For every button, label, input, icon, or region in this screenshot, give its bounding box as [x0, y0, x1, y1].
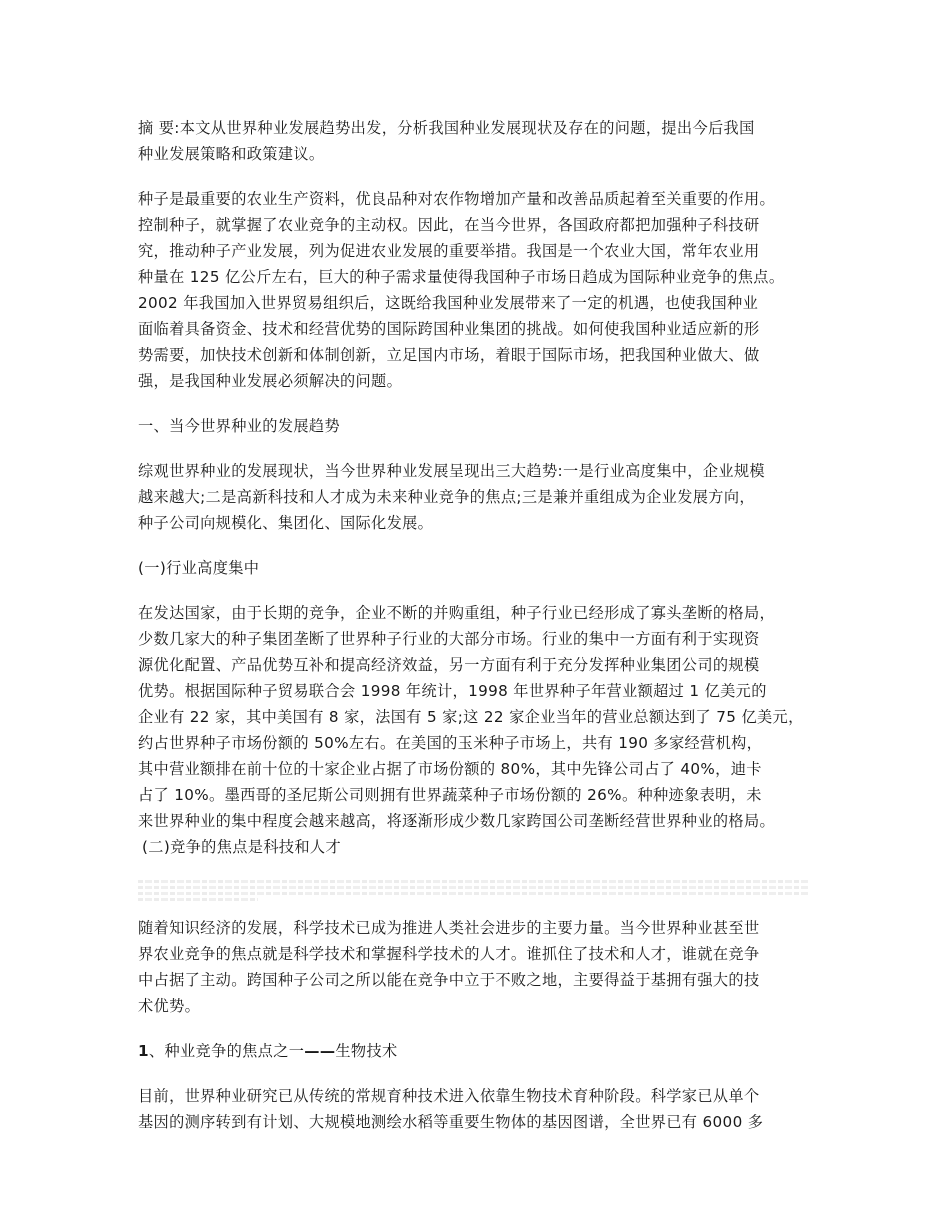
- section-heading-world-trends: 一、当今世界种业的发展趋势: [138, 413, 818, 439]
- point-heading-tail: 生物技术: [335, 1042, 397, 1060]
- watermark-line: [138, 886, 810, 889]
- section1-paragraph: 综观世界种业的发展现状，当今世界种业发展呈现出三大趋势:一是行业高度集中，企业规…: [138, 458, 818, 536]
- text-line: 强，是我国种业发展必须解决的问题。: [138, 368, 818, 394]
- text-line: 优势。根据国际种子贸易联合会 1998 年统计，1998 年世界种子年营业额超过…: [138, 678, 818, 704]
- watermark-line: [138, 880, 810, 883]
- text-line: 越来越大;二是高新科技和人才成为未来种业竞争的焦点;三是兼并重组成为企业发展方向…: [138, 484, 818, 510]
- point-heading-text: 、种业竞争的焦点之一: [149, 1042, 304, 1060]
- text-line: 在发达国家，由于长期的竞争，企业不断的并购重组，种子行业已经形成了寡头垄断的格局…: [138, 600, 818, 626]
- text-line: 摘 要:本文从世界种业发展趋势出发，分析我国种业发展现状及存在的问题，提出今后我…: [138, 115, 818, 141]
- text-line: 源优化配置、产品优势互补和提高经济效益，另一方面有利于充分发挥种业集团公司的规模: [138, 652, 818, 678]
- point-heading-biotech: 1、种业竞争的焦点之一——生物技术: [138, 1038, 818, 1064]
- subsection1-paragraph: 在发达国家，由于长期的竞争，企业不断的并购重组，种子行业已经形成了寡头垄断的格局…: [138, 600, 818, 834]
- text-line: 术优势。: [138, 993, 818, 1019]
- subsection-heading-tech-talent: (二)竞争的焦点是科技和人才: [138, 834, 818, 860]
- intro-paragraph: 种子是最重要的农业生产资料，优良品种对农作物增加产量和改善品质起着至关重要的作用…: [138, 186, 818, 394]
- point-heading-dash: ——: [304, 1042, 335, 1060]
- faint-watermark-text: [138, 880, 810, 901]
- text-line: 占了 10%。墨西哥的圣尼斯公司则拥有世界蔬菜种子市场份额的 26%。种种迹象表…: [138, 782, 818, 808]
- text-line: 究，推动种子产业发展，列为促进农业发展的重要举措。我国是一个农业大国，常年农业用: [138, 238, 818, 264]
- text-line: 控制种子，就掌握了农业竞争的主动权。因此，在当今世界，各国政府都把加强种子科技研: [138, 212, 818, 238]
- text-line: 2002 年我国加入世界贸易组织后，这既给我国种业发展带来了一定的机遇，也使我国…: [138, 290, 818, 316]
- document-page: 摘 要:本文从世界种业发展趋势出发，分析我国种业发展现状及存在的问题，提出今后我…: [138, 115, 818, 1154]
- text-line: 种子公司向规模化、集团化、国际化发展。: [138, 510, 818, 536]
- subsection-heading-concentration: (一)行业高度集中: [138, 555, 818, 581]
- text-line: 界农业竞争的焦点就是科学技术和掌握科学技术的人才。谁抓住了技术和人才，谁就在竞争: [138, 941, 818, 967]
- text-line: 目前，世界种业研究已从传统的常规育种技术进入依靠生物技术育种阶段。科学家已从单个: [138, 1083, 818, 1109]
- text-line: 种子是最重要的农业生产资料，优良品种对农作物增加产量和改善品质起着至关重要的作用…: [138, 186, 818, 212]
- text-line: 随着知识经济的发展，科学技术已成为推进人类社会进步的主要力量。当今世界种业甚至世: [138, 915, 818, 941]
- text-line: 基因的测序转到有计划、大规模地测绘水稻等重要生物体的基因图谱，全世界已有 600…: [138, 1109, 818, 1135]
- text-line: 少数几家大的种子集团垄断了世界种子行业的大部分市场。行业的集中一方面有利于实现资: [138, 626, 818, 652]
- text-line: 面临着具备资金、技术和经营优势的国际跨国种业集团的挑战。如何使我国种业适应新的形: [138, 316, 818, 342]
- text-line: 种量在 125 亿公斤左右，巨大的种子需求量使得我国种子市场日趋成为国际种业竞争…: [138, 264, 818, 290]
- watermark-line: [138, 892, 810, 895]
- text-line: 企业有 22 家，其中美国有 8 家，法国有 5 家;这 22 家企业当年的营业…: [138, 704, 818, 730]
- point-number: 1: [138, 1042, 149, 1060]
- text-line: 势需要，加快技术创新和体制创新，立足国内市场，着眼于国际市场，把我国种业做大、做: [138, 342, 818, 368]
- text-line: 综观世界种业的发展现状，当今世界种业发展呈现出三大趋势:一是行业高度集中，企业规…: [138, 458, 818, 484]
- text-line: 来世界种业的集中程度会越来越高，将逐渐形成少数几家跨国公司垄断经营世界种业的格局…: [138, 808, 818, 834]
- text-line: 种业发展策略和政策建议。: [138, 141, 818, 167]
- point1-paragraph: 目前，世界种业研究已从传统的常规育种技术进入依靠生物技术育种阶段。科学家已从单个…: [138, 1083, 818, 1135]
- watermark-line: [138, 898, 258, 901]
- subsection2-paragraph: 随着知识经济的发展，科学技术已成为推进人类社会进步的主要力量。当今世界种业甚至世…: [138, 915, 818, 1019]
- text-line: 中占据了主动。跨国种子公司之所以能在竞争中立于不败之地，主要得益于基拥有强大的技: [138, 967, 818, 993]
- text-line: 约占世界种子市场份额的 50%左右。在美国的玉米种子市场上，共有 190 多家经…: [138, 730, 818, 756]
- text-line: 其中营业额排在前十位的十家企业占据了市场份额的 80%，其中先锋公司占了 40%…: [138, 756, 818, 782]
- abstract-paragraph: 摘 要:本文从世界种业发展趋势出发，分析我国种业发展现状及存在的问题，提出今后我…: [138, 115, 818, 167]
